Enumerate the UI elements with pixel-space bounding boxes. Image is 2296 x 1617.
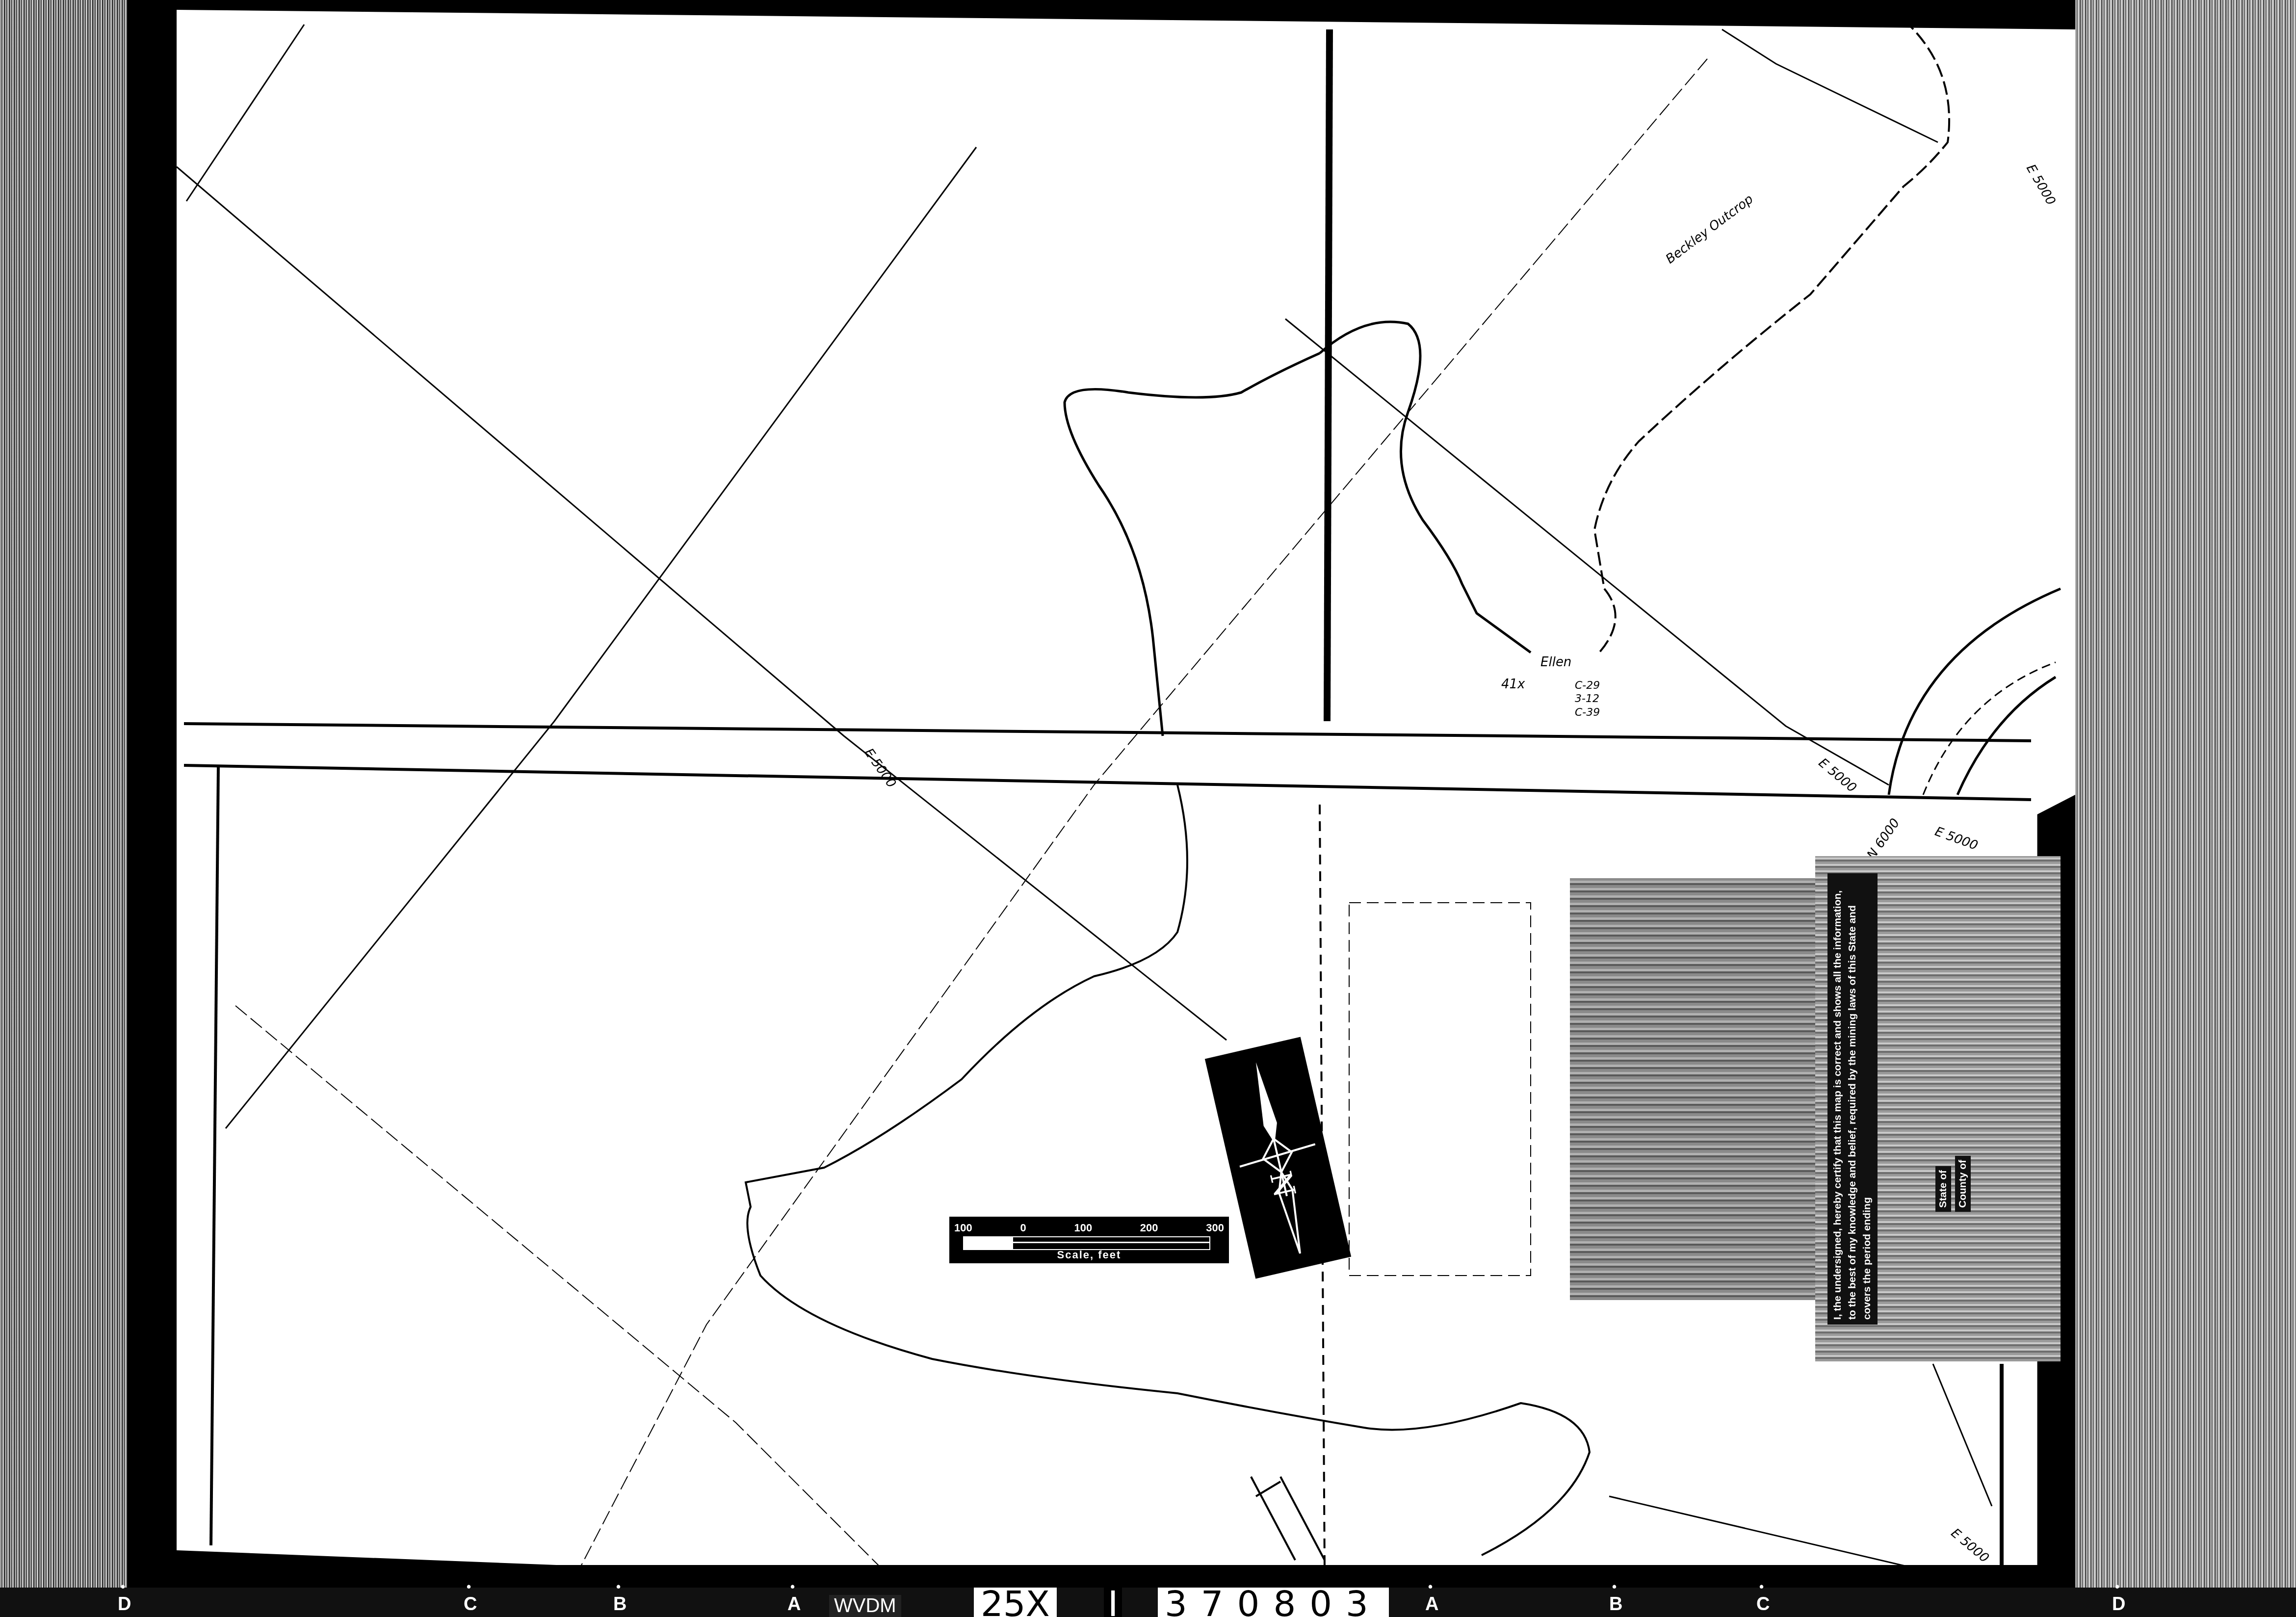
frame-id-prefix: 25X — [974, 1588, 1057, 1617]
margin-marker: WVDM — [829, 1595, 901, 1617]
scale-tick: 100 — [954, 1222, 972, 1234]
certification-statement: I, the undersigned, hereby certify that … — [1827, 873, 1878, 1325]
scale-tick: 300 — [1206, 1222, 1224, 1234]
scale-bar: 100 0 100 200 300 Scale, feet — [949, 1217, 1229, 1263]
misc-note: 41x — [1501, 677, 1525, 692]
frame-id-separator: I — [1104, 1588, 1122, 1617]
certificate-stamp-left — [1570, 878, 1820, 1300]
margin-letter: C — [1756, 1594, 1770, 1615]
margin-letter: C — [464, 1594, 477, 1615]
ellen-note: Ellen — [1540, 655, 1571, 670]
map-drawing — [0, 0, 2296, 1617]
margin-letter: A — [787, 1594, 801, 1615]
point-note-3: C-39 — [1575, 706, 1600, 719]
frame-id-number-box: 370803 — [1158, 1588, 1389, 1617]
scale-label: Scale, feet — [949, 1249, 1229, 1261]
margin-letter: D — [2112, 1594, 2125, 1615]
margin-letter: A — [1425, 1594, 1438, 1615]
cert-field-county: County of — [1955, 1156, 1971, 1212]
point-note-2: 3-12 — [1575, 693, 1599, 705]
scale-graphic — [963, 1236, 1210, 1250]
frame-id-number: 370803 — [1158, 1588, 1389, 1617]
frame-id-separator-box: I — [1104, 1588, 1122, 1617]
scale-tick: 200 — [1140, 1222, 1158, 1234]
frame-id-prefix-box: 25X — [974, 1588, 1057, 1617]
margin-letter: B — [613, 1594, 626, 1615]
scale-tick: 0 — [1020, 1222, 1026, 1234]
scale-ticks: 100 0 100 200 300 — [954, 1222, 1224, 1234]
point-note-1: C-29 — [1575, 679, 1600, 692]
margin-letter: D — [118, 1594, 131, 1615]
cert-field-state: State of — [1935, 1166, 1951, 1212]
margin-letter: B — [1609, 1594, 1622, 1615]
film-margin-strip — [0, 1588, 2296, 1617]
scale-tick: 100 — [1074, 1222, 1092, 1234]
